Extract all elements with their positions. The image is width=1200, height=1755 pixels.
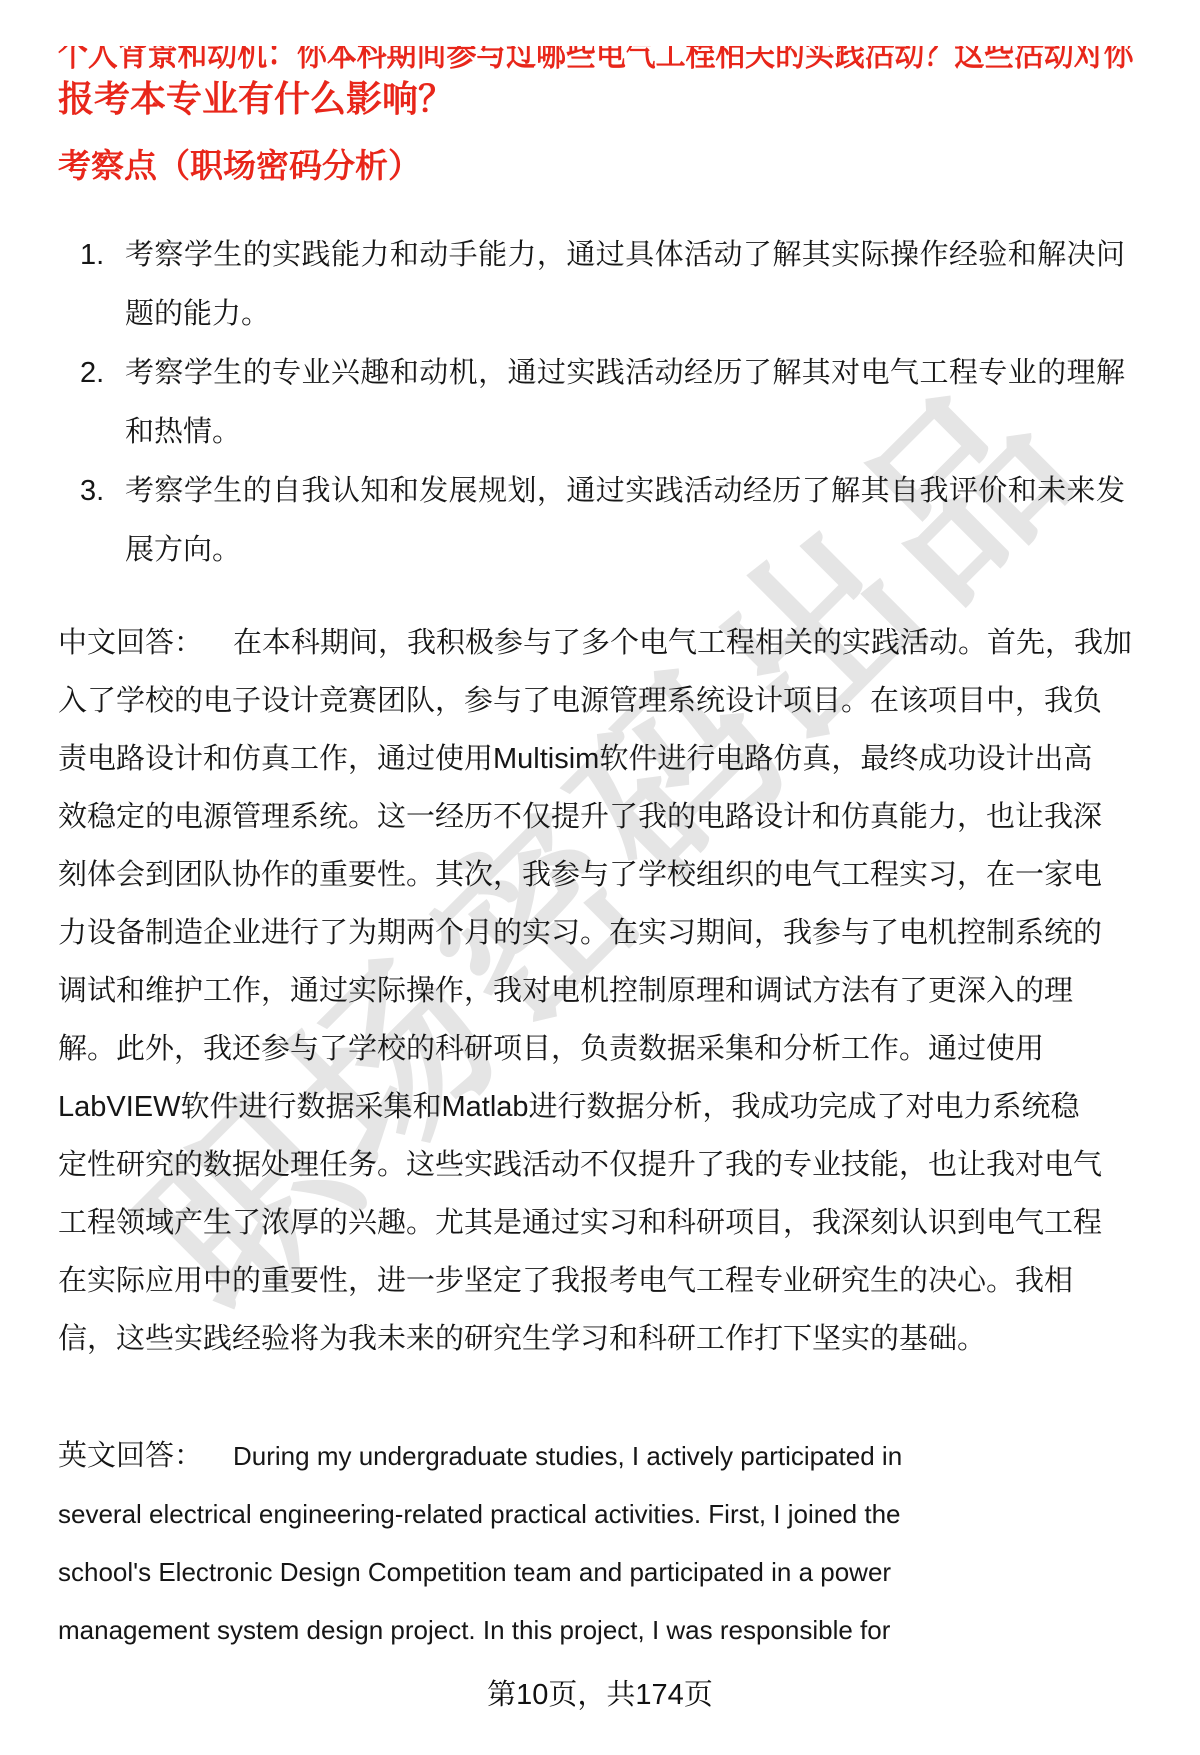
list-item-text: 考察学生的专业兴趣和动机，通过实践活动经历了解其对电气工程专业的理解和热情。 xyxy=(125,344,1125,462)
question-title: 个人背景和动机：你本科期间参与过哪些电气工程相关的实践活动？这些活动对你 报考本… xyxy=(58,46,1142,122)
analysis-point-3: 3. 考察学生的自我认知和发展规划，通过实践活动经历了解其自我评价和未来发展方向… xyxy=(58,462,1142,580)
page-content: 个人背景和动机：你本科期间参与过哪些电气工程相关的实践活动？这些活动对你 报考本… xyxy=(0,46,1200,1659)
chinese-answer-text: 在本科期间，我积极参与了多个电气工程相关的实践活动。首先，我加 入了学校的电子设… xyxy=(58,627,1132,1355)
list-item-text: 考察学生的实践能力和动手能力，通过具体活动了解其实际操作经验和解决问题的能力。 xyxy=(125,226,1125,344)
question-title-clip: 个人背景和动机：你本科期间参与过哪些电气工程相关的实践活动？这些活动对你 报考本… xyxy=(58,46,1142,124)
english-answer-label: 英文回答： xyxy=(58,1440,203,1472)
analysis-points-list: 1. 考察学生的实践能力和动手能力，通过具体活动了解其实际操作经验和解决问题的能… xyxy=(58,226,1142,580)
list-marker: 2. xyxy=(58,344,125,403)
question-title-line1: 个人背景和动机：你本科期间参与过哪些电气工程相关的实践活动？这些活动对你 xyxy=(58,46,958,76)
chinese-answer: 中文回答：在本科期间，我积极参与了多个电气工程相关的实践活动。首先，我加 入了学… xyxy=(58,614,1140,1368)
page-number-indicator: 第10页，共174页 xyxy=(0,1675,1200,1715)
section-heading: 考察点（职场密码分析） xyxy=(58,146,1142,186)
list-item-text: 考察学生的自我认知和发展规划，通过实践活动经历了解其自我评价和未来发展方向。 xyxy=(125,462,1125,580)
list-marker: 1. xyxy=(58,226,125,285)
question-title-line2: 报考本专业有什么影响？ xyxy=(58,76,1142,122)
analysis-point-2: 2. 考察学生的专业兴趣和动机，通过实践活动经历了解其对电气工程专业的理解和热情… xyxy=(58,344,1142,462)
document-page: 职场密码出品 个人背景和动机：你本科期间参与过哪些电气工程相关的实践活动？这些活… xyxy=(0,0,1200,1755)
english-answer: 英文回答：During my undergraduate studies, I … xyxy=(58,1427,1140,1659)
chinese-answer-label: 中文回答： xyxy=(58,627,203,659)
analysis-point-1: 1. 考察学生的实践能力和动手能力，通过具体活动了解其实际操作经验和解决问题的能… xyxy=(58,226,1142,344)
list-marker: 3. xyxy=(58,462,125,521)
